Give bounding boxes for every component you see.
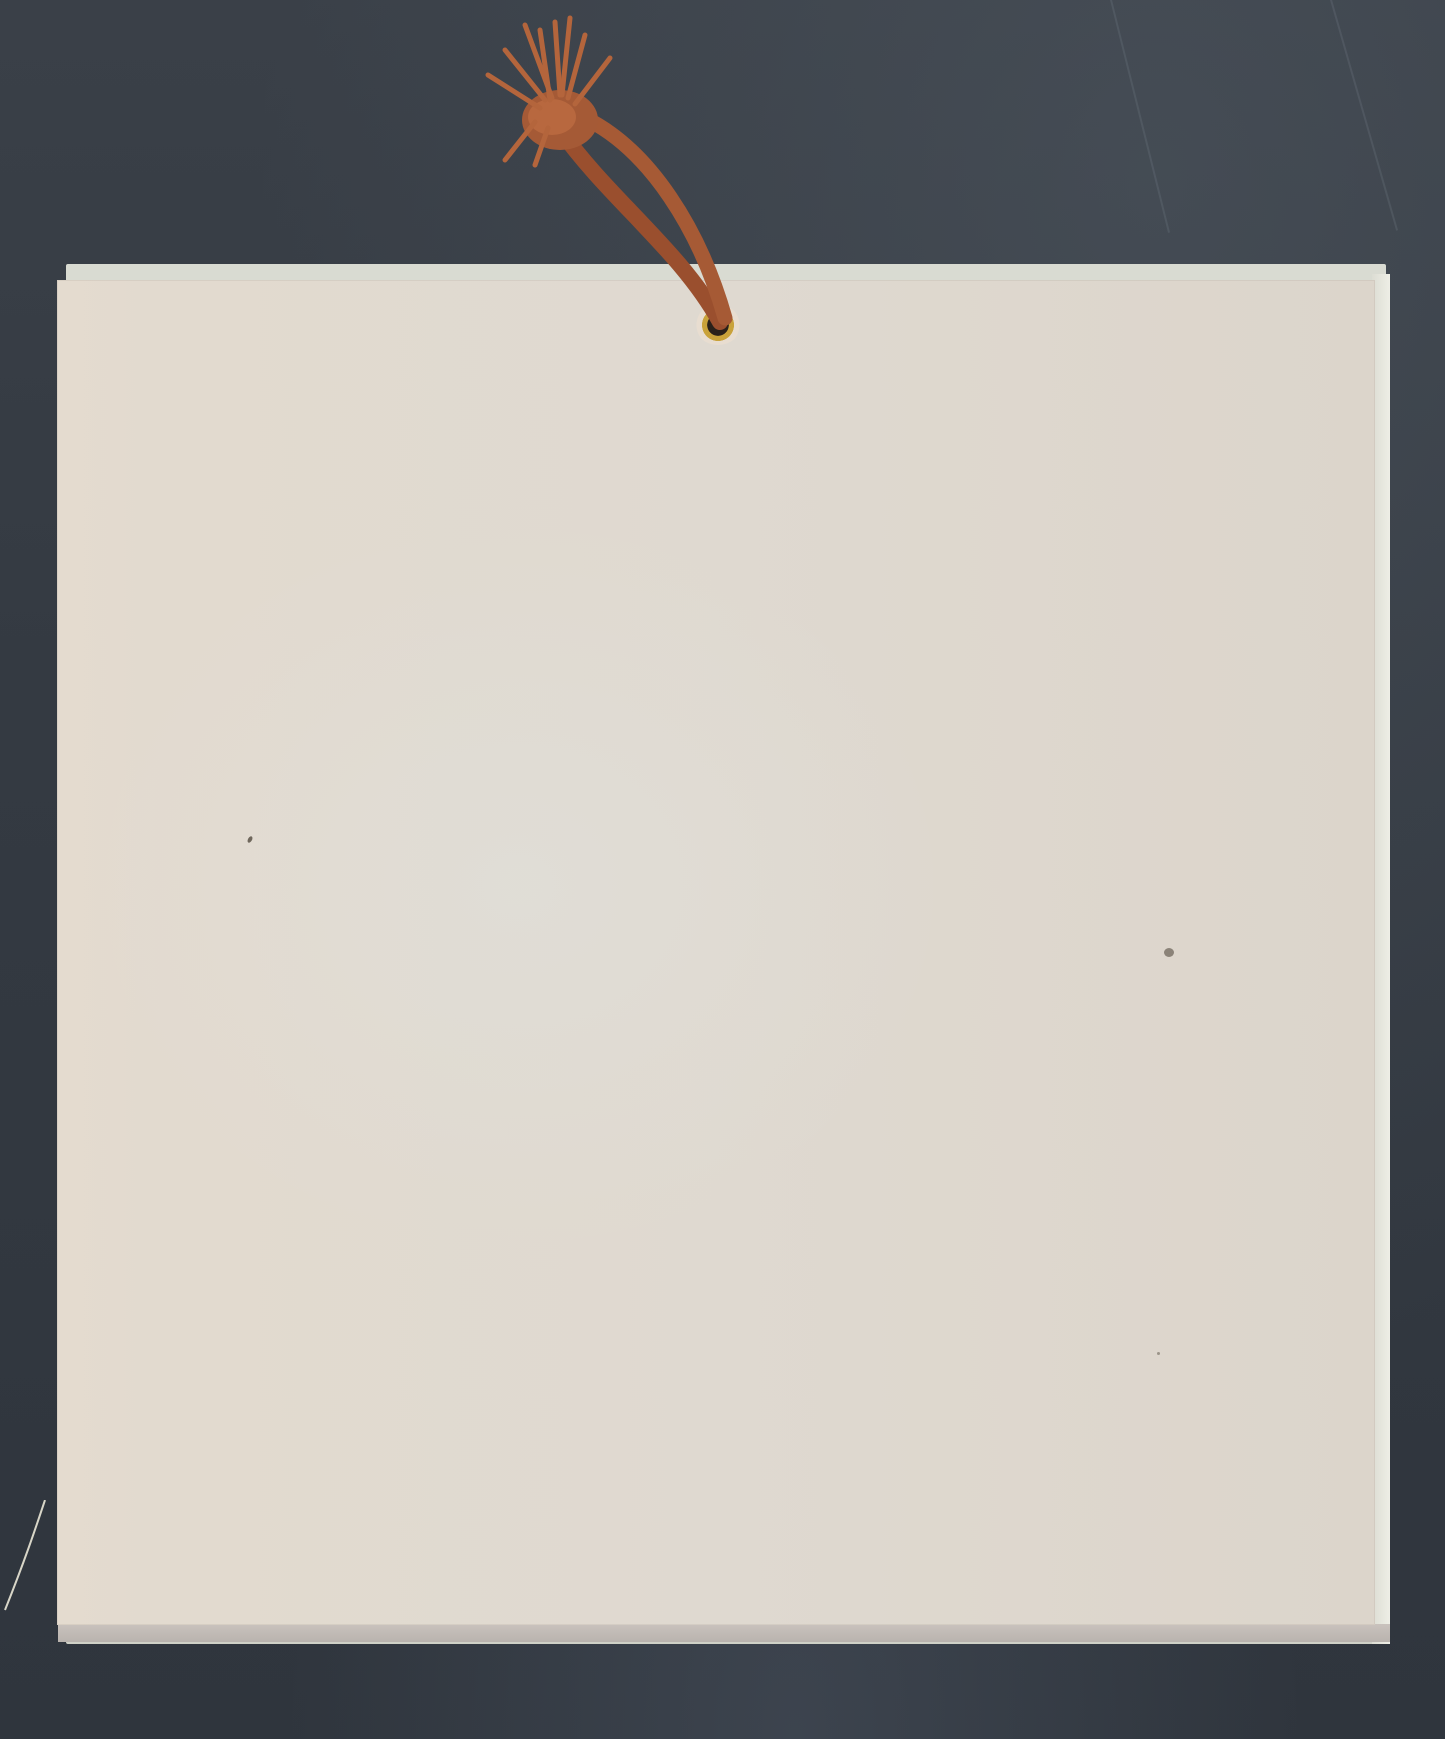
board-bottom-edge [58,1624,1390,1642]
surface-speck [1157,1352,1160,1355]
cord-icon [0,0,1445,400]
surface-speck [247,835,254,843]
cardboard-board [57,280,1375,1625]
loose-fiber [0,1500,60,1620]
surface-speck [1164,948,1174,957]
